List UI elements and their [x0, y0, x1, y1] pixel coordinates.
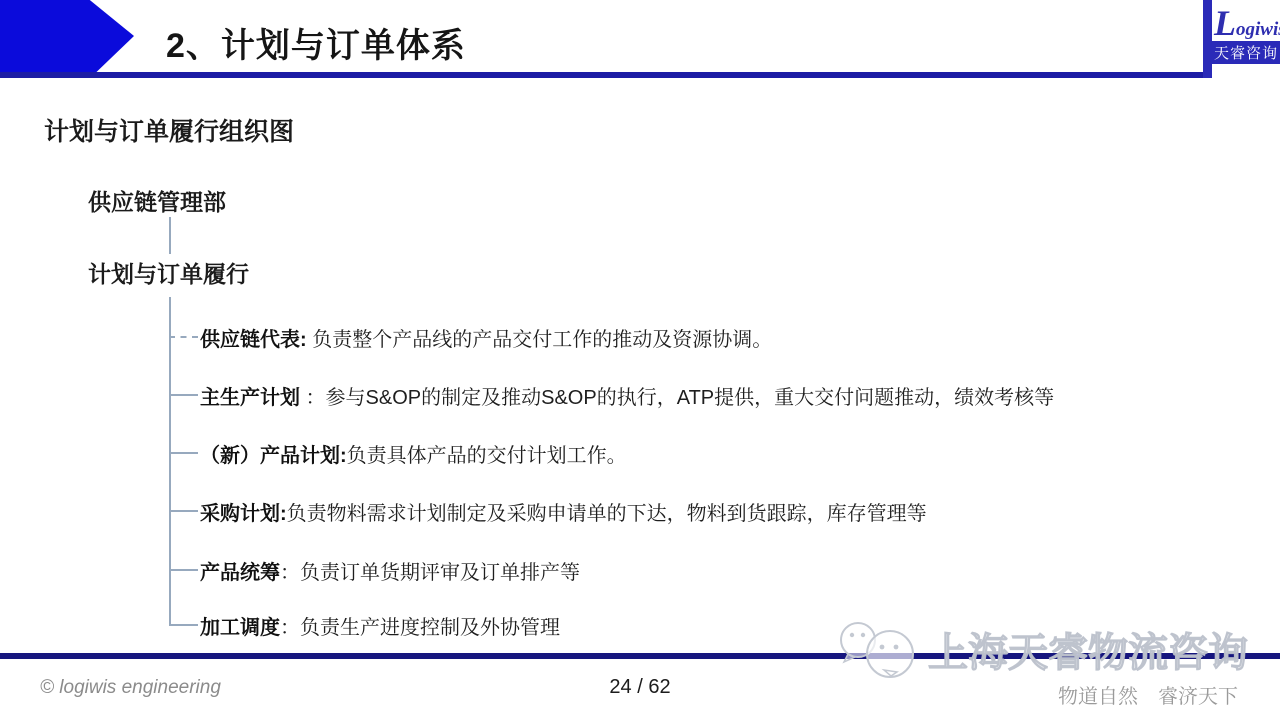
org-node-root: 供应链管理部 — [88, 184, 226, 217]
role-text: 产品统筹：负责订单货期评审及订单排产等 — [200, 556, 580, 585]
logo-stripe — [1203, 0, 1212, 78]
header-arrow-shape — [0, 0, 134, 72]
header-divider — [0, 72, 1280, 78]
org-role-row: 主生产计划 ：参与S&OP的制定及推动S&OP的执行，ATP提供，重大交付问题推… — [169, 380, 1054, 410]
role-label: 加工调度 — [200, 617, 280, 639]
logo-subtitle: 天睿咨询 — [1212, 41, 1280, 64]
slide-title: 2、计划与订单体系 — [166, 18, 466, 67]
role-desc: ：负责生产进度控制及外协管理 — [280, 617, 560, 639]
role-label: 产品统筹 — [200, 562, 280, 584]
role-label: 采购计划: — [200, 503, 287, 525]
logo-brand-text: Logiwis — [1214, 2, 1280, 44]
tree-branch-connector — [169, 452, 198, 454]
org-role-row: 产品统筹：负责订单货期评审及订单排产等 — [169, 555, 580, 585]
role-text: 主生产计划 ：参与S&OP的制定及推动S&OP的执行，ATP提供，重大交付问题推… — [200, 381, 1054, 410]
wechat-bubbles-icon — [828, 618, 928, 680]
role-label: （新）产品计划: — [200, 445, 347, 467]
role-label: 主生产计划 — [200, 387, 300, 409]
tree-branch-connector — [169, 624, 198, 626]
org-role-row: （新）产品计划:负责具体产品的交付计划工作。 — [169, 438, 627, 468]
watermark: 上海天睿物流咨询 — [828, 618, 1248, 680]
tree-branch-connector — [169, 336, 198, 338]
org-role-row: 供应链代表: 负责整个产品线的产品交付工作的推动及资源协调。 — [169, 322, 772, 352]
role-desc: ：负责订单货期评审及订单排产等 — [280, 562, 580, 584]
role-text: （新）产品计划:负责具体产品的交付计划工作。 — [200, 439, 627, 468]
role-label: 供应链代表: — [200, 329, 307, 351]
slide: { "header": { "title": "2、计划与订单体系", "log… — [0, 0, 1280, 720]
org-role-row: 加工调度：负责生产进度控制及外协管理 — [169, 610, 560, 640]
tree-branch-connector — [169, 394, 198, 396]
page-heading: 计划与订单履行组织图 — [44, 112, 294, 148]
role-desc: 负责具体产品的交付计划工作。 — [347, 445, 627, 467]
logiwis-logo: Logiwis 天睿咨询 — [1203, 0, 1280, 78]
role-desc: 负责整个产品线的产品交付工作的推动及资源协调。 — [307, 329, 773, 351]
logo-brand-initial: L — [1214, 3, 1236, 43]
role-desc: 负责物料需求计划制定及采购申请单的下达，物料到货跟踪，库存管理等 — [287, 503, 927, 525]
tree-branch-connector — [169, 569, 198, 571]
org-node-department: 计划与订单履行 — [88, 256, 249, 289]
role-text: 供应链代表: 负责整个产品线的产品交付工作的推动及资源协调。 — [200, 323, 772, 352]
watermark-text: 上海天睿物流咨询 — [928, 621, 1248, 678]
org-role-row: 采购计划:负责物料需求计划制定及采购申请单的下达，物料到货跟踪，库存管理等 — [169, 496, 927, 526]
role-desc: ：参与S&OP的制定及推动S&OP的执行，ATP提供，重大交付问题推动，绩效考核… — [300, 387, 1054, 409]
footer-slogan: 物道自然 睿济天下 — [1058, 680, 1238, 709]
tree-branch-connector — [169, 510, 198, 512]
tree-trunk-upper — [169, 217, 171, 254]
role-text: 加工调度：负责生产进度控制及外协管理 — [200, 611, 560, 640]
logo-brand-rest: ogiwis — [1236, 19, 1280, 40]
role-text: 采购计划:负责物料需求计划制定及采购申请单的下达，物料到货跟踪，库存管理等 — [200, 497, 927, 526]
